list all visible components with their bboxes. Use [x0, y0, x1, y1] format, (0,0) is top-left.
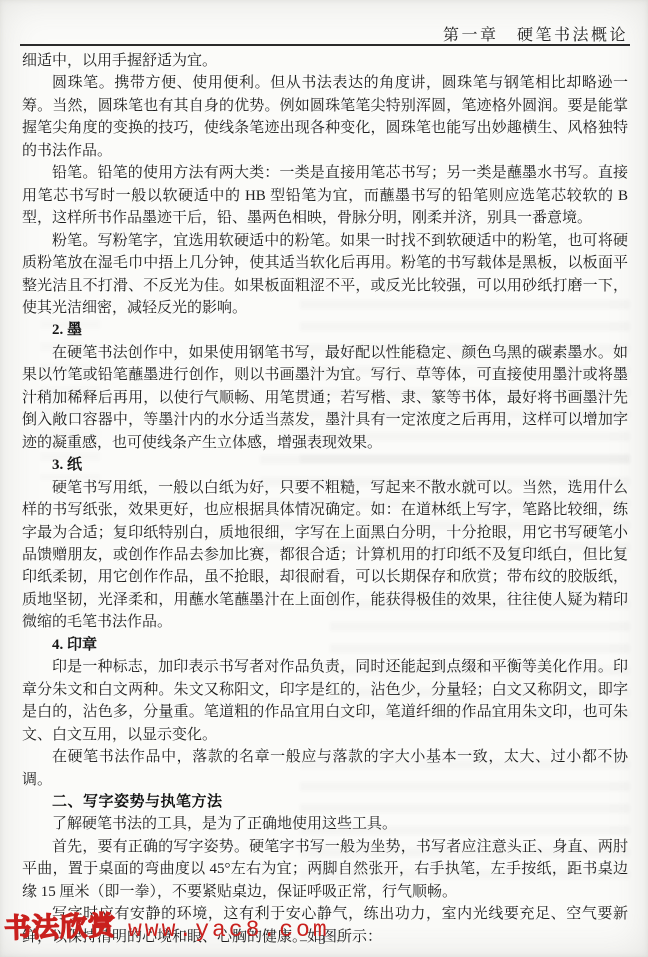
header-rule: [20, 44, 630, 46]
page-number: – 3 –: [0, 933, 648, 949]
para-writing-posture: 首先，要有正确的写字姿势。硬笔字书写一般为坐势，书写者应注意头正、身直、两肘平曲…: [22, 836, 628, 903]
scanned-book-page: 第一章 硬笔书法概论 细适中，以用手握舒适为宜。 圆珠笔。携带方便、使用便利。但…: [0, 0, 648, 957]
body-text-column: 细适中，以用手握舒适为宜。 圆珠笔。携带方便、使用便利。但从书法表达的角度讲，圆…: [22, 50, 628, 948]
heading-seal: 4. 印章: [22, 634, 628, 656]
para-pencil: 铅笔。铅笔的使用方法有两大类：一类是直接用笔芯书写；另一类是蘸墨水书写。直接用笔…: [22, 162, 628, 229]
para-paper: 硬笔书写用纸，一般以白纸为好，只要不粗糙，写起来不散水就可以。当然，选用什么样的…: [22, 477, 628, 634]
para-tools-intro: 了解硬笔书法的工具，是为了正确地使用这些工具。: [22, 813, 628, 835]
heading-ink: 2. 墨: [22, 319, 628, 341]
para-pen-grip-continued: 细适中，以用手握舒适为宜。: [22, 50, 628, 72]
para-chalk: 粉笔。写粉笔字，宜选用软硬适中的粉笔。如果一时找不到软硬适中的粉笔，也可将硬质粉…: [22, 230, 628, 320]
heading-paper: 3. 纸: [22, 454, 628, 476]
para-seal: 印是一种标志，加印表示书写者对作品负责，同时还能起到点缀和平衡等美化作用。印章分…: [22, 656, 628, 746]
running-header-chapter-title: 第一章 硬笔书法概论: [443, 22, 628, 45]
para-seal-size: 在硬笔书法作品中，落款的名章一般应与落款的字大小基本一致，太大、过小都不协调。: [22, 746, 628, 791]
heading-posture-section: 二、写字姿势与执笔方法: [22, 791, 628, 813]
para-ballpoint-pen: 圆珠笔。携带方便、使用便利。但从书法表达的角度讲，圆珠笔与钢笔相比却略逊一筹。当…: [22, 72, 628, 162]
para-ink: 在硬笔书法创作中，如果使用钢笔书写，最好配以性能稳定、颜色乌黑的碳素墨水。如果以…: [22, 342, 628, 454]
